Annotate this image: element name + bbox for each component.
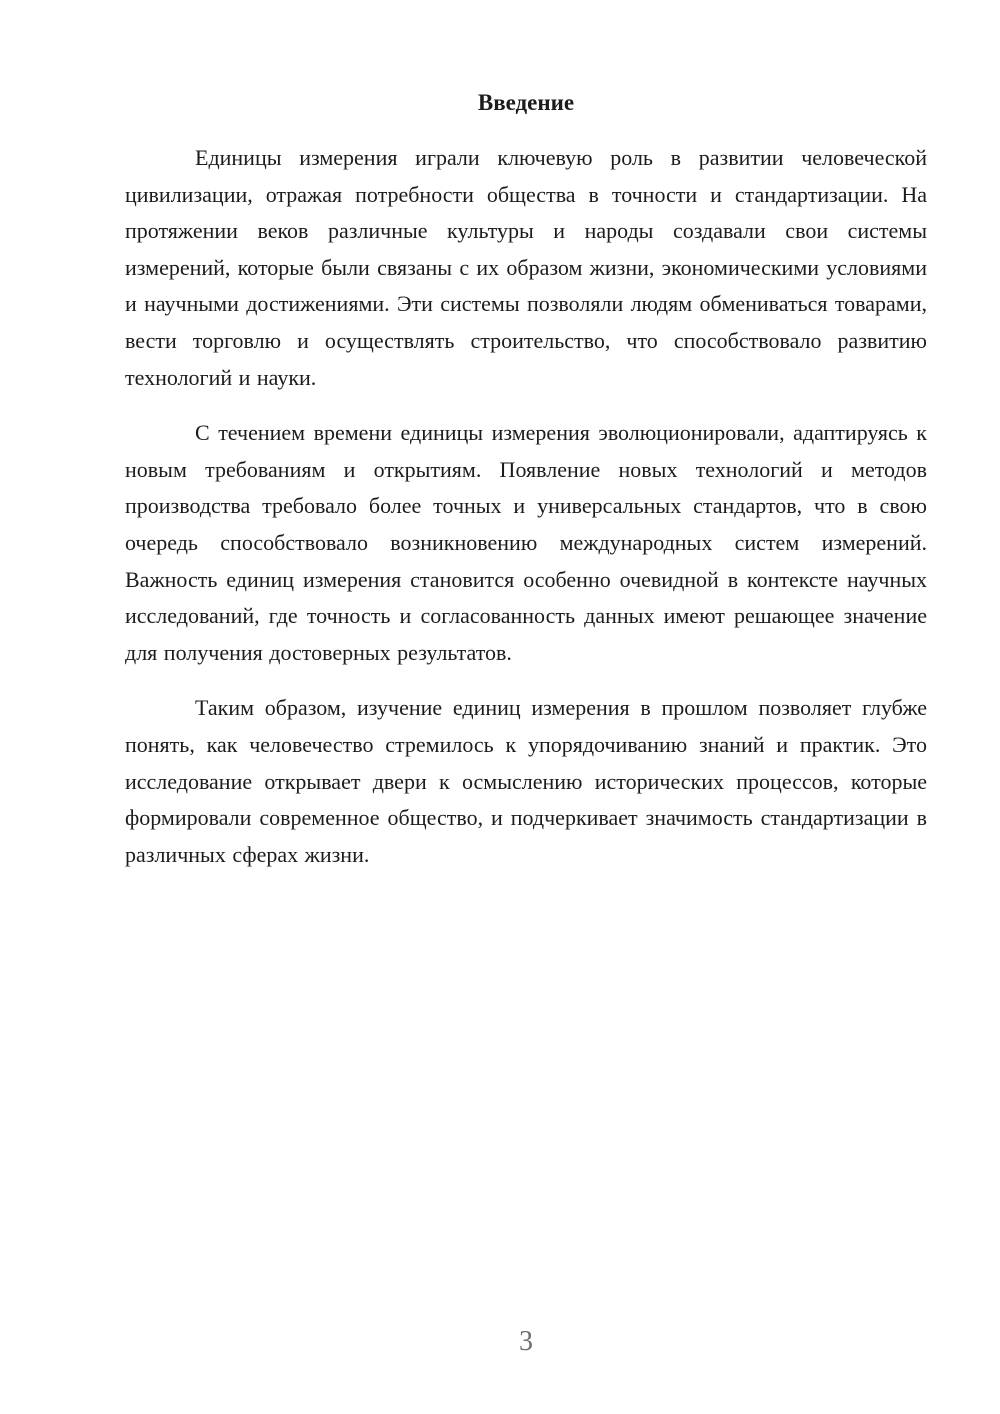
- paragraph-1: Единицы измерения играли ключевую роль в…: [125, 140, 927, 396]
- paragraph-2: С течением времени единицы измерения эво…: [125, 415, 927, 671]
- page-number: 3: [125, 1326, 927, 1358]
- page-title: Введение: [125, 88, 927, 118]
- document-content: Введение Единицы измерения играли ключев…: [125, 88, 927, 892]
- document-page: Введение Единицы измерения играли ключев…: [0, 0, 1000, 1414]
- paragraph-3: Таким образом, изучение единиц измерения…: [125, 690, 927, 873]
